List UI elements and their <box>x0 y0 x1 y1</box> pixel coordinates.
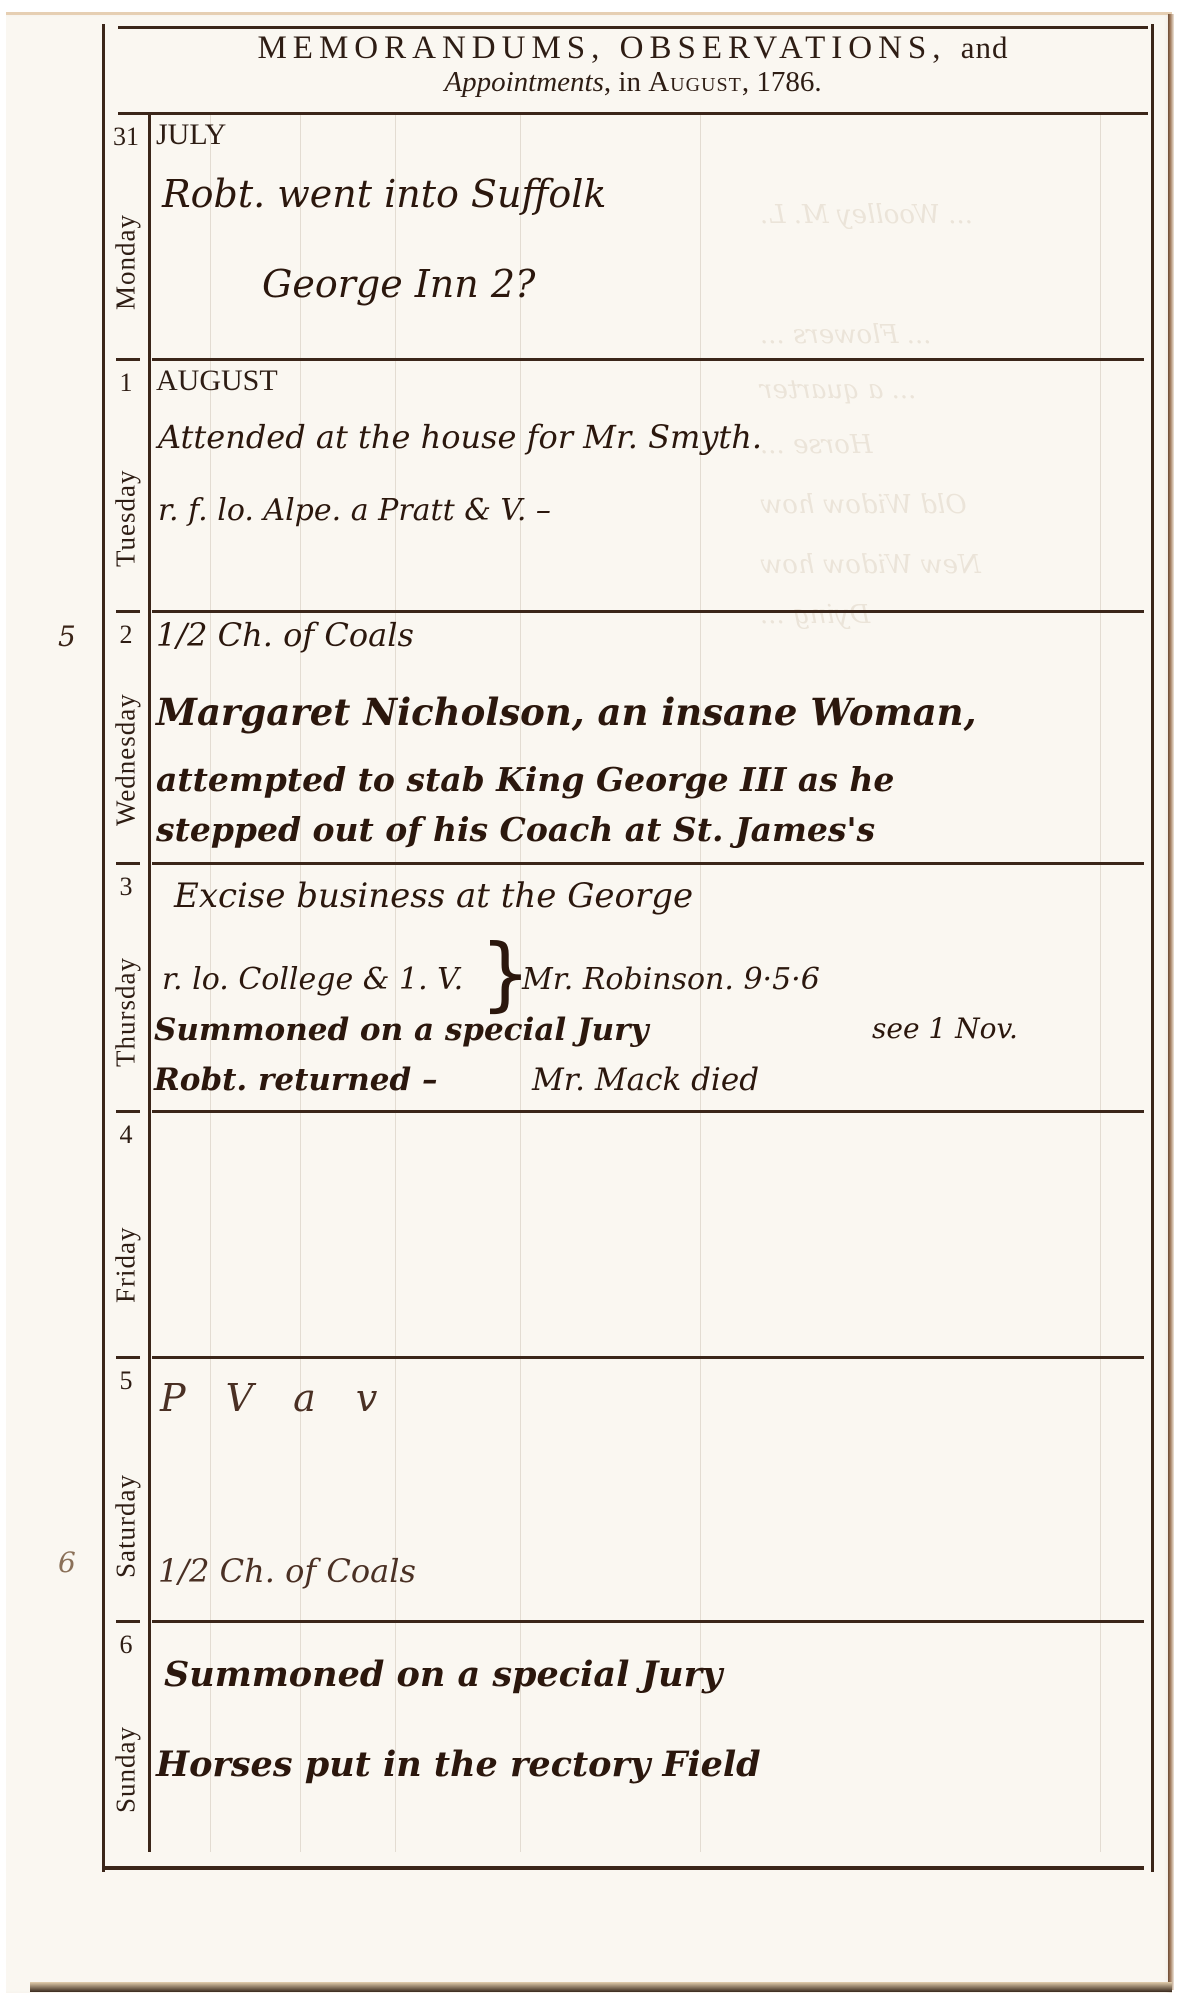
entry-line: see 1 Nov. <box>872 1012 1018 1045</box>
row-divider <box>152 1620 1144 1623</box>
entry-line: attempted to stab King George III as he <box>156 760 894 799</box>
day-number: 31 <box>104 122 148 152</box>
row-divider <box>152 610 1144 613</box>
day-row-wednesday: 2 Wednesday 5 1/2 Ch. of Coals Margaret … <box>102 610 1148 862</box>
day-row-sunday: 6 Sunday Summoned on a special Jury Hors… <box>102 1620 1148 1852</box>
row-divider <box>152 1110 1144 1113</box>
day-number: 6 <box>104 1630 148 1660</box>
entry-line: r. lo. College & 1. V. <box>162 962 463 997</box>
entry-line: Summoned on a special Jury <box>164 1654 722 1695</box>
day-row-saturday: 5 Saturday 6 P V a v 1/2 Ch. of Coals <box>102 1356 1148 1620</box>
entry-line: Excise business at the George <box>174 876 693 916</box>
day-name: Thursday <box>106 922 146 1102</box>
entry-line: Summoned on a special Jury <box>154 1012 649 1048</box>
row-divider-stub <box>116 1620 140 1623</box>
margin-note: 5 <box>58 620 76 653</box>
subtitle-month: August <box>648 66 742 98</box>
day-name: Tuesday <box>106 428 146 608</box>
day-number: 4 <box>104 1120 148 1150</box>
day-number: 5 <box>104 1366 148 1396</box>
margin-note: 6 <box>58 1546 76 1579</box>
row-divider-stub <box>116 1110 140 1113</box>
row-divider-stub <box>116 358 140 361</box>
day-row-friday: 4 Friday <box>102 1110 1148 1356</box>
row-divider <box>152 1356 1144 1359</box>
entry-line: Mr. Mack died <box>532 1062 759 1098</box>
entry-line: P V a v <box>160 1376 391 1420</box>
subtitle-year: , 1786. <box>742 66 822 98</box>
day-name: Saturday <box>106 1436 146 1616</box>
page-title: MEMORANDUMS, OBSERVATIONS, and <box>118 30 1148 67</box>
bottom-rule <box>104 1866 1144 1870</box>
entry-line: Robt. returned – <box>154 1062 438 1098</box>
entry-line: r. f. lo. Alpe. a Pratt & V. – <box>158 493 551 528</box>
day-row-tuesday: 1 Tuesday AUGUST Attended at the house f… <box>102 358 1148 610</box>
subtitle-in: , in <box>604 66 648 98</box>
header-top-rule <box>118 26 1148 29</box>
page-edge <box>1168 14 1174 1990</box>
entry-line: stepped out of his Coach at St. James's <box>156 810 875 849</box>
row-divider-stub <box>116 1356 140 1359</box>
row-divider <box>152 358 1144 361</box>
entry-line: 1/2 Ch. of Coals <box>156 616 414 654</box>
month-label: JULY <box>156 118 226 152</box>
title-text: MEMORANDUMS, OBSERVATIONS, <box>257 30 946 66</box>
day-row-monday: 31 Monday JULY Robt. went into Suffolk G… <box>102 112 1148 358</box>
day-name: Wednesday <box>106 660 146 860</box>
subtitle-appointments: Appointments <box>444 66 604 98</box>
entry-line: Attended at the house for Mr. Smyth. <box>158 418 762 456</box>
month-label: AUGUST <box>156 364 278 398</box>
entry-line: George Inn 2? <box>262 262 535 306</box>
entry-line: Robt. went into Suffolk <box>162 172 606 216</box>
entry-line: Margaret Nicholson, an insane Woman, <box>156 690 976 734</box>
day-number: 3 <box>104 872 148 902</box>
row-divider-stub <box>116 862 140 865</box>
row-divider <box>152 862 1144 865</box>
title-and: and <box>961 30 1009 65</box>
entry-line: Horses put in the rectory Field <box>156 1744 761 1785</box>
page-bottom-edge <box>30 1982 1172 1992</box>
day-name: Friday <box>106 1180 146 1350</box>
day-number: 2 <box>104 620 148 650</box>
day-row-thursday: 3 Thursday Excise business at the George… <box>102 862 1148 1110</box>
entry-line: Mr. Robinson. 9·5·6 <box>522 962 820 997</box>
day-name: Sunday <box>106 1690 146 1850</box>
row-divider-stub <box>116 610 140 613</box>
day-name: Monday <box>106 172 146 352</box>
page-subtitle: Appointments, in August, 1786. <box>118 66 1148 99</box>
day-number: 1 <box>104 368 148 398</box>
entry-line: 1/2 Ch. of Coals <box>158 1552 416 1590</box>
